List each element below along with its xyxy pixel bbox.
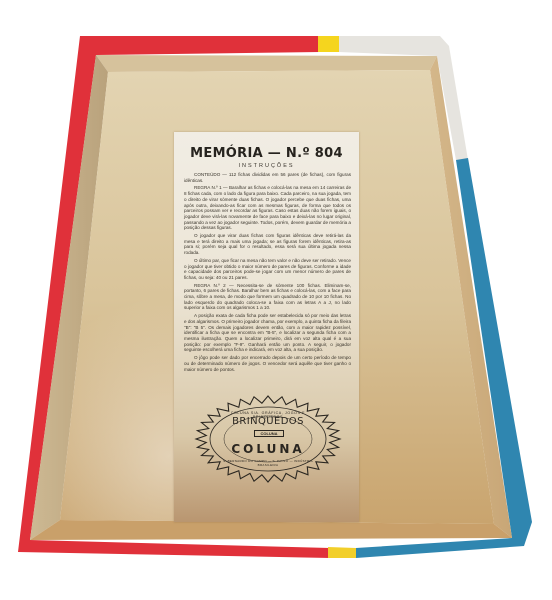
instructions-paragraph: A posição exata de cada ficha pode ser e… (184, 313, 351, 353)
box-wall-top (96, 55, 437, 72)
logo-building-plaque: COLUNA (254, 430, 284, 437)
sheet-title: MEMÓRIA — N.º 804 (174, 146, 359, 161)
logo-brand-bottom: COLUNA (194, 442, 342, 456)
instructions-paragraph: REGRA N.º 1 — Baralhar as fichas e coloc… (184, 185, 351, 231)
instructions-paragraph: O jogador que virar duas fichas com figu… (184, 233, 351, 256)
box-rim-yellow-bottom (328, 547, 356, 558)
sheet-subtitle: INSTRUÇÕES (174, 163, 359, 169)
instructions-paragraph: O jôgo pode ser dado por encerrado depoi… (184, 355, 351, 372)
zigzag-seal-icon (194, 394, 342, 484)
logo-brand-top: BRINQUEDOS (194, 416, 342, 427)
brinquedos-coluna-logo: COLUNA S/A. GRÁFICA, JOGOS E BRINQUEDOS … (194, 394, 342, 484)
instruction-sheet: MEMÓRIA — N.º 804 INSTRUÇÕES CONTEÚDO — … (174, 132, 359, 522)
instructions-body: CONTEÚDO — 112 fichas divididas em 56 pa… (184, 172, 351, 374)
logo-ring-bottom-text: S. BERNARDO DO CAMPO — S. PAULO — INDÚST… (216, 459, 320, 467)
instructions-paragraph: REGRA N.º 2 — Necessita-se de sòmente 10… (184, 283, 351, 312)
game-box-photo: MEMÓRIA — N.º 804 INSTRUÇÕES CONTEÚDO — … (0, 0, 552, 600)
instructions-paragraph: O último par, que ficar na mesa não tem … (184, 258, 351, 281)
box-rim-yellow-top (318, 36, 339, 52)
instructions-paragraph: CONTEÚDO — 112 fichas divididas em 56 pa… (184, 172, 351, 183)
